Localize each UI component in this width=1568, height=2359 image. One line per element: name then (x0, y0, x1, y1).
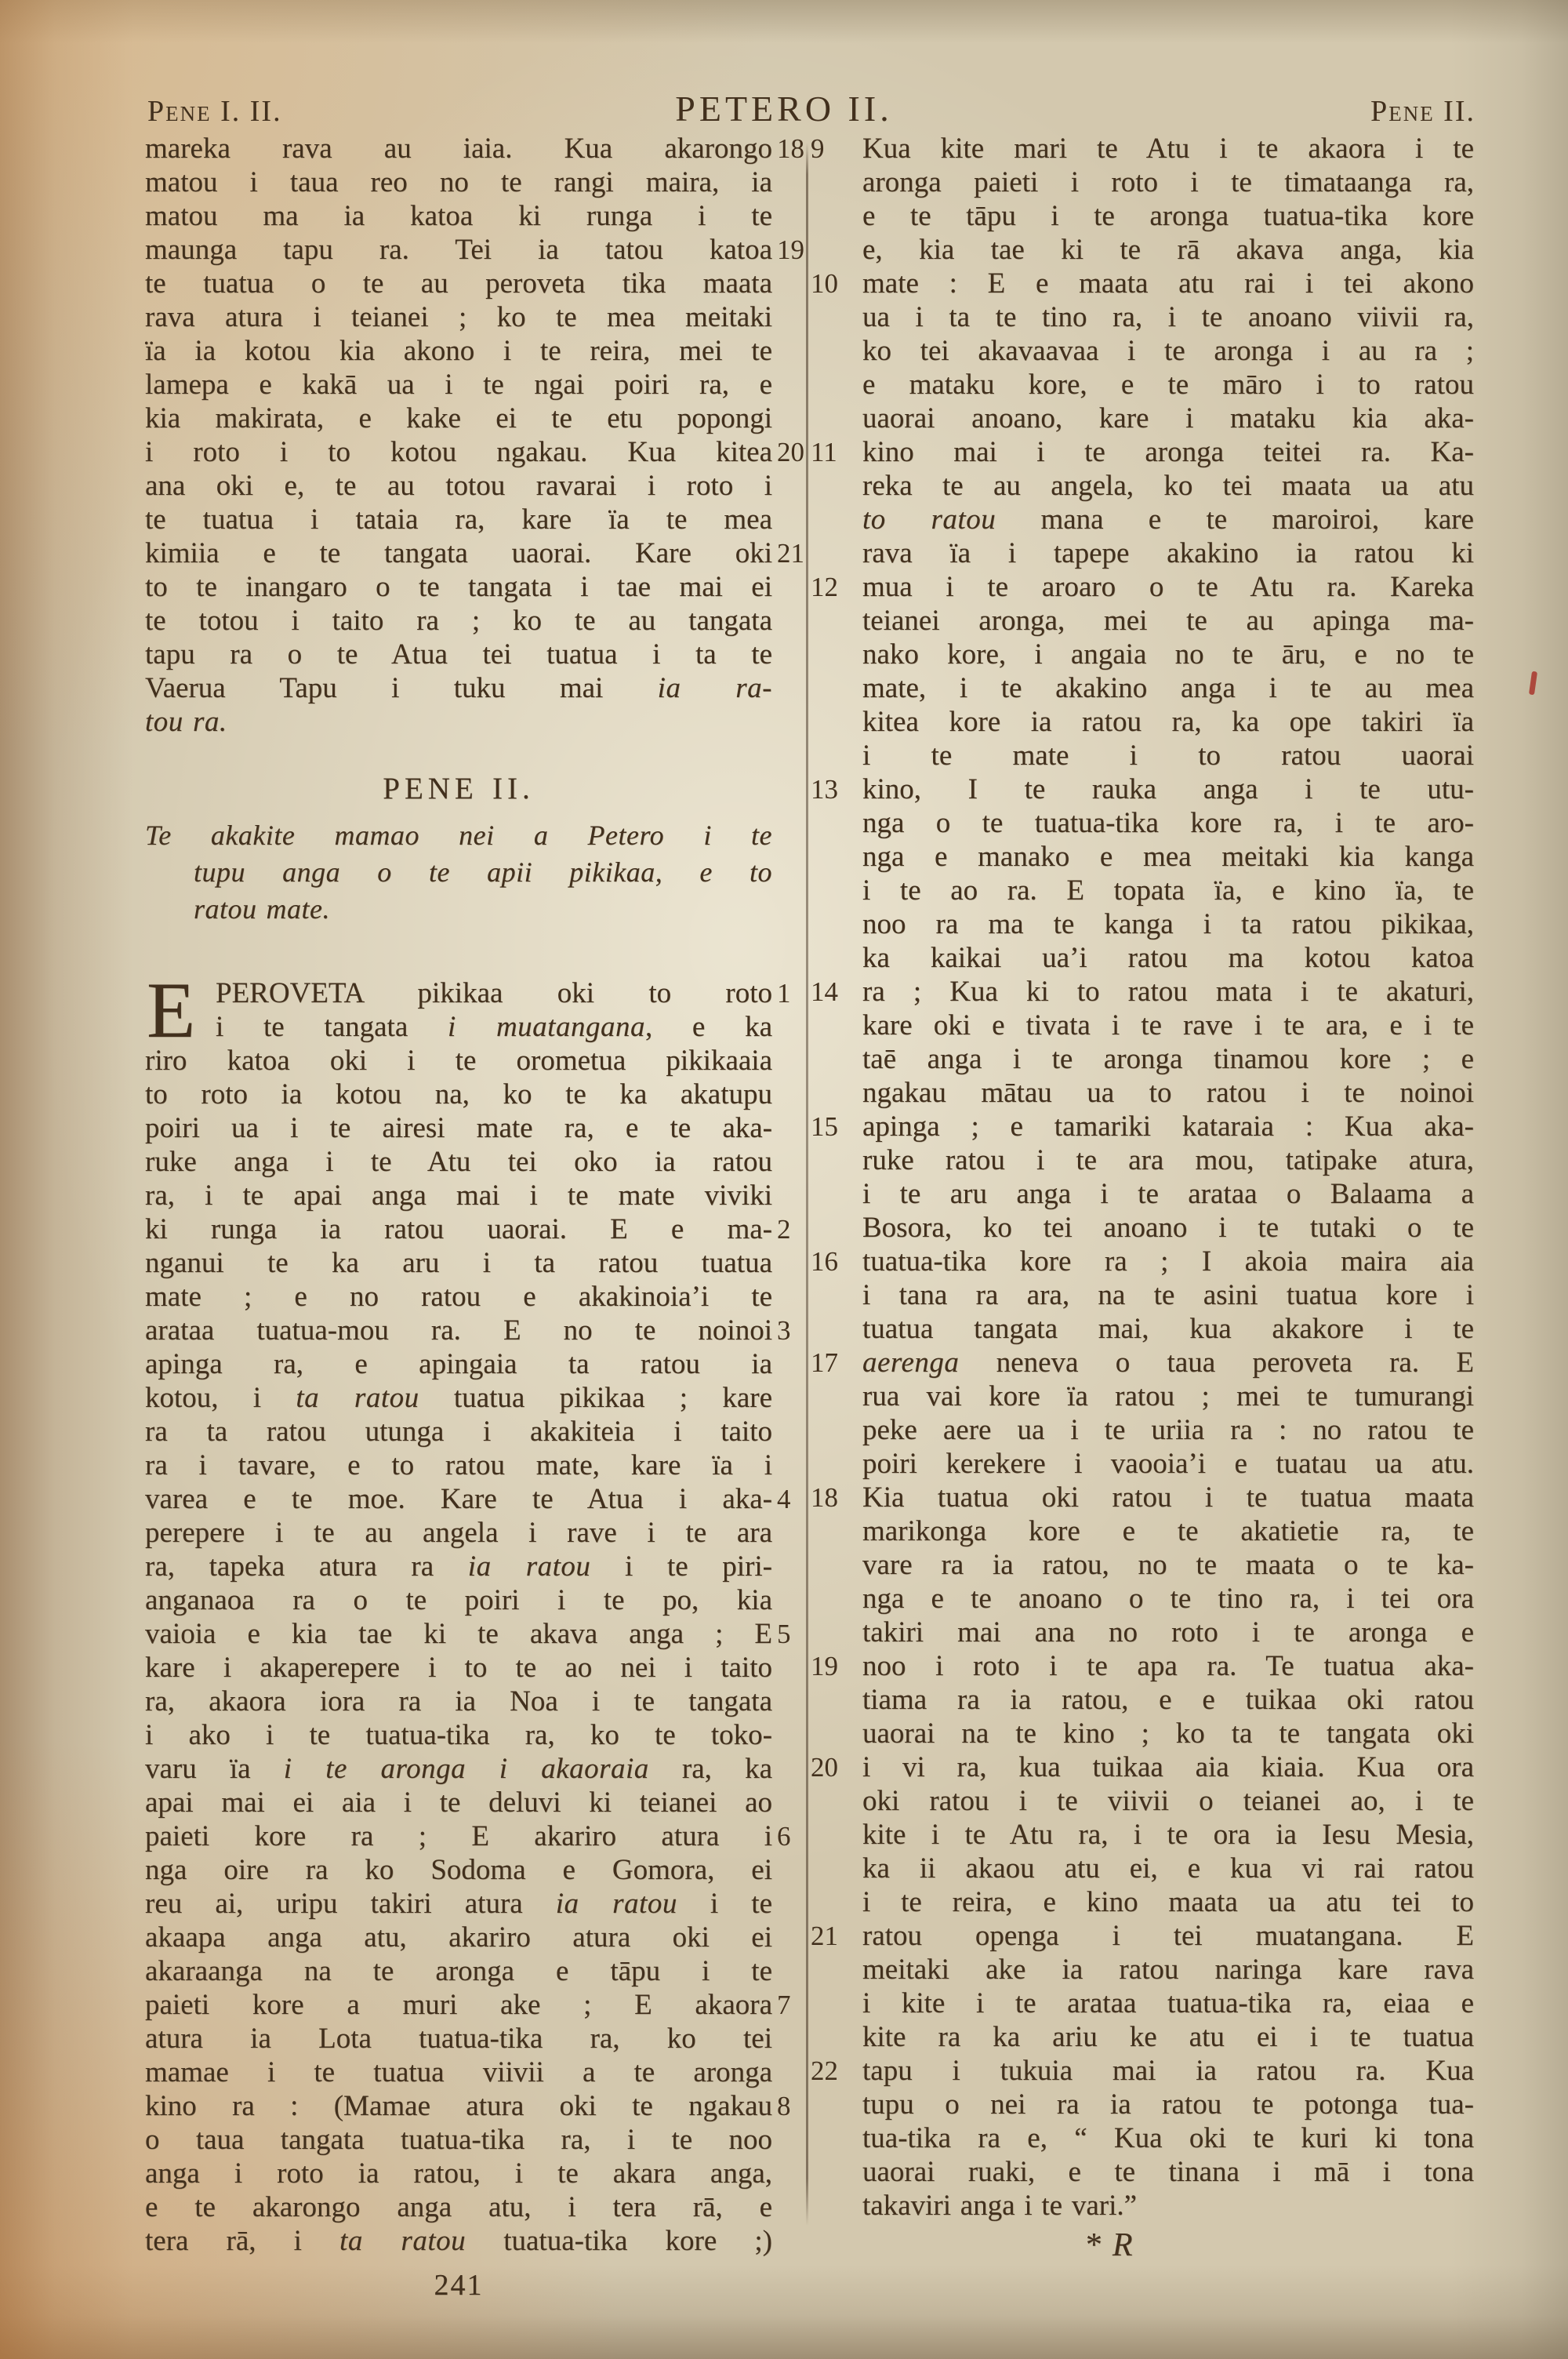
text-run: ratou openga i tei muatangana. E (862, 1920, 1474, 1952)
text-line: kitea kore ia ratou ra, ka ope takiri ïa (862, 705, 1474, 739)
text-run: tiama ra ia ratou, e e tuikaa oki ratou (862, 1684, 1474, 1716)
text-run: mua i te aroaro o te Atu ra. Kareka (862, 571, 1474, 603)
text-line: i te tangata i muatangana, e ka (145, 1010, 772, 1044)
text-run: i te aru anga i te arataa o Balaama a (862, 1178, 1474, 1210)
text-run: mamae i te tuatua viivii a te aronga (145, 2056, 772, 2088)
text-run: kino ra : (Mamae atura oki te ngakau (145, 2090, 772, 2122)
text-line: anganaoa ra o te poiri i te po, kia (145, 1583, 772, 1617)
text-run: poiri ua i te airesi mate ra, e te aka- (145, 1112, 772, 1144)
verse-number: 18 (777, 132, 811, 165)
text-run: tuatua pikikaa ; kare (419, 1382, 772, 1414)
text-run: , e ka (645, 1011, 772, 1043)
text-line: mareka rava au iaia. Kua akarongo18 (145, 132, 772, 165)
italic-text-run: i te aronga i akaoraia (284, 1753, 649, 1785)
text-line: ra i tavare, e to ratou mate, kare ïa i (145, 1448, 772, 1482)
text-run: taē anga i te aronga tinamou kore ; e (862, 1043, 1474, 1075)
text-run: apinga ra, e apingaia ta ratou ia (145, 1348, 772, 1380)
text-line: ratou mate. (145, 891, 772, 928)
text-run: anganaoa ra o te poiri i te po, kia (145, 1584, 772, 1616)
text-run: mate : E e maata atu rai i tei akono (862, 267, 1474, 300)
text-line: i te reira, e kino maata ua atu tei to (862, 1885, 1474, 1919)
text-run: rava atura i teianei ; ko te mea meitaki (145, 301, 772, 333)
verse-number: 21 (777, 536, 811, 570)
text-run: o taua tangata tuatua-tika ra, i te noo (145, 2124, 772, 2156)
text-run: uaorai na te kino ; ko ta te tangata oki (862, 1717, 1474, 1750)
left-column-verses-18-21: mareka rava au iaia. Kua akarongo18matou… (145, 132, 772, 739)
text-line: matou ma ia katoa ki runga i te (145, 199, 772, 233)
text-line: i te ao ra. E topata ïa, e kino ïa, te (862, 874, 1474, 907)
text-run: varu ïa (145, 1753, 284, 1785)
book-page-photo: Pene I. II. PETERO II. Pene II. mareka r… (0, 0, 1568, 2359)
text-line: matou i taua reo no te rangi maira, ia (145, 165, 772, 199)
text-line: ra, i te apai anga mai i te mate viviki (145, 1179, 772, 1212)
page-number: 241 (145, 2269, 772, 2303)
text-line: kimiia e te tangata uaorai. Kare oki21 (145, 536, 772, 570)
text-run: ngakau mātau ua to ratou i te noinoi (862, 1077, 1474, 1109)
text-run: kino, I te rauka anga i te utu- (862, 773, 1474, 805)
text-line: o taua tangata tuatua-tika ra, i te noo (145, 2123, 772, 2157)
text-run: i ako i te tuatua-tika ra, ko te toko- (145, 1719, 772, 1751)
text-run: mareka rava au iaia. Kua akarongo (145, 133, 772, 165)
text-run: e te akarongo anga atu, i tera rā, e (145, 2191, 772, 2223)
text-run: Bosora, ko tei anoano i te tutaki o te (862, 1212, 1474, 1244)
text-line: akaraanga na te aronga e tāpu i te (145, 1954, 772, 1988)
text-run: ra i tavare, e to ratou mate, kare ïa i (145, 1449, 772, 1481)
text-run: i te reira, e kino maata ua atu tei to (862, 1886, 1474, 1918)
text-line: nga oire ra ko Sodoma e Gomora, ei (145, 1853, 772, 1887)
text-run: perepere i te au angela i rave i te ara (145, 1517, 772, 1549)
text-run: teianei aronga, mei te au apinga ma- (862, 605, 1474, 637)
italic-text-run: ia ra- (658, 672, 772, 704)
text-run: vare ra ia ratou, no te maata o te ka- (862, 1549, 1474, 1581)
text-run: oki ratou i te viivii o teianei ao, i te (862, 1785, 1474, 1817)
text-line: taē anga i te aronga tinamou kore ; e (862, 1042, 1474, 1076)
text-line: tou ra. (145, 705, 772, 739)
text-line: kino mai i te aronga teitei ra. Ka-11 (862, 435, 1474, 469)
text-line: perepere i te au angela i rave i te ara (145, 1516, 772, 1550)
text-line: kite ra ka ariu ke atu ei i te tuatua (862, 2020, 1474, 2054)
text-line: te tuatua i tataia ra, kare ïa te mea (145, 503, 772, 536)
text-line: apinga ; e tamariki kataraia : Kua aka-1… (862, 1110, 1474, 1143)
italic-text-run: to ratou (862, 503, 996, 536)
text-line: tuatua tangata mai, kua akakore i te (862, 1312, 1474, 1346)
text-run: te tuatua o te au peroveta tika maata (145, 267, 772, 300)
text-line: vare ra ia ratou, no te maata o te ka- (862, 1548, 1474, 1582)
text-run: to roto ia kotou na, ko te ka akatupu (145, 1078, 772, 1110)
text-line: to roto ia kotou na, ko te ka akatupu (145, 1078, 772, 1111)
chapter-heading: PENE II. (145, 769, 772, 809)
text-line: i kite i te arataa tuatua-tika ra, eiaa … (862, 1986, 1474, 2020)
text-line: ana oki e, te au totou ravarai i roto i (145, 469, 772, 503)
text-run: ra, tapeka atura ra (145, 1550, 468, 1583)
text-run: vaioia e kia tae ki te akava anga ; E (145, 1618, 772, 1650)
text-run: peke aere ua i te uriia ra : no ratou te (862, 1414, 1474, 1446)
text-run: ana oki e, te au totou ravarai i roto i (145, 470, 772, 502)
italic-text-run: tupu anga o te apii pikikaa, e to (194, 856, 772, 888)
text-line: mate ; e no ratou e akakinoia’i te (145, 1280, 772, 1314)
text-line: to te inangaro o te tangata i tae mai ei (145, 570, 772, 604)
text-run: ra, ka (649, 1753, 772, 1785)
text-line: nako kore, i angaia no te āru, e no te (862, 638, 1474, 671)
text-line: i te aru anga i te arataa o Balaama a (862, 1177, 1474, 1211)
text-run: e te tāpu i te aronga tuatua-tika kore (862, 200, 1474, 232)
text-line: tera rā, i ta ratou tuatua-tika kore ;) (145, 2224, 772, 2258)
text-line: e te akarongo anga atu, i tera rā, e (145, 2190, 772, 2224)
verse-number: 17 (811, 1346, 856, 1379)
text-run: ruke anga i te Atu tei oko ia ratou (145, 1146, 772, 1178)
verse-number: 19 (777, 233, 811, 267)
text-run: i vi ra, kua tuikaa aia kiaia. Kua ora (862, 1751, 1474, 1783)
text-run: i kite i te arataa tuatua-tika ra, eiaa … (862, 1987, 1474, 2019)
text-line: tupu anga o te apii pikikaa, e to (145, 854, 772, 891)
verse-number: 20 (777, 435, 811, 469)
text-run: takiri mai ana no roto i te aronga e (862, 1616, 1474, 1648)
text-line: vaioia e kia tae ki te akava anga ; E5 (145, 1617, 772, 1651)
text-line: takaviri anga i te vari.” (862, 2189, 1474, 2223)
text-run: anga i roto ia ratou, i te akara anga, (145, 2157, 772, 2190)
text-line: nga o te tuatua-tika kore ra, i te aro- (862, 806, 1474, 840)
text-line: to ratou mana e te maroiroi, kare (862, 503, 1474, 536)
text-run: ko tei akavaavaa i te aronga i au ra ; (862, 335, 1474, 367)
text-line: rava atura i teianei ; ko te mea meitaki (145, 300, 772, 334)
text-run: Vaerua Tapu i tuku mai (145, 672, 658, 704)
text-run: tapu ra o te Atua tei tuatua i ta te (145, 638, 772, 671)
text-line: ra, tapeka atura ra ia ratou i te piri- (145, 1550, 772, 1583)
verse-number: 11 (811, 435, 856, 469)
text-line: tua-tika ra e, “ Kua oki te kuri ki tona (862, 2121, 1474, 2155)
text-line: i vi ra, kua tuikaa aia kiaia. Kua ora20 (862, 1750, 1474, 1784)
text-line: kare oki e tivata i te rave i te ara, e … (862, 1009, 1474, 1042)
verse-number: 16 (811, 1245, 856, 1278)
text-run: uaorai ruaki, e te tinana i mā i tona (862, 2156, 1474, 2188)
header-right-chapter: Pene II. (1370, 94, 1475, 129)
verse-number: 14 (811, 975, 856, 1009)
text-line: rua vai kore ïa ratou ; mei te tumurangi (862, 1379, 1474, 1413)
text-line: meitaki ake ia ratou naringa kare rava (862, 1953, 1474, 1986)
text-run: i te tangata (216, 1011, 448, 1043)
text-line: i tana ra ara, na te asini tuatua kore i (862, 1278, 1474, 1312)
text-run: i te (677, 1888, 772, 1920)
text-run: to te inangaro o te tangata i tae mai ei (145, 571, 772, 603)
text-run: atura ia Lota tuatua-tika ra, ko tei (145, 2023, 772, 2055)
text-run: apai mai ei aia i te deluvi ki teianei a… (145, 1787, 772, 1819)
text-line: noo i roto i te apa ra. Te tuatua aka-19 (862, 1649, 1474, 1683)
text-run: matou ma ia katoa ki runga i te (145, 200, 772, 232)
text-line: tuatua-tika kore ra ; I akoia maira aia1… (862, 1245, 1474, 1278)
text-line: oki ratou i te viivii o teianei ao, i te (862, 1784, 1474, 1818)
verse-number: 5 (777, 1617, 811, 1651)
text-run: kimiia e te tangata uaorai. Kare oki (145, 537, 772, 569)
text-line: riro katoa oki i te orometua pikikaaia (145, 1044, 772, 1078)
text-run: te tuatua i tataia ra, kare ïa te mea (145, 503, 772, 536)
text-line: e, kia tae ki te rā akava anga, kia (862, 233, 1474, 267)
text-run: ua i ta te tino ra, i te anoano viivii r… (862, 301, 1474, 333)
text-run: kite i te Atu ra, i te ora ia Iesu Mesia… (862, 1819, 1474, 1851)
text-line: tupu o nei ra ia ratou te potonga tua- (862, 2088, 1474, 2121)
text-run: ra ta ratou utunga i akakiteia i taito (145, 1416, 772, 1448)
text-run: ruke ratou i te ara mou, tatipake atura, (862, 1144, 1474, 1176)
text-line: kino ra : (Mamae atura oki te ngakau8 (145, 2089, 772, 2123)
text-run: reu ai, uripu takiri atura (145, 1888, 556, 1920)
text-run: kare i akaperepere i to te ao nei i tait… (145, 1652, 772, 1684)
text-run: e mataku kore, e te māro i to ratou (862, 369, 1474, 401)
text-line: e mataku kore, e te māro i to ratou (862, 368, 1474, 402)
text-line: uaorai anoano, kare i mataku kia aka- (862, 402, 1474, 435)
text-line: ua i ta te tino ra, i te anoano viivii r… (862, 300, 1474, 334)
right-column: Kua kite mari te Atu i te akaora i te9ar… (862, 132, 1474, 2263)
text-line: anga i roto ia ratou, i te akara anga, (145, 2157, 772, 2190)
italic-text-run: ia ratou (556, 1888, 677, 1920)
text-run: arataa tuatua-mou ra. E no te noinoi (145, 1314, 772, 1347)
text-line: rava ïa i tapepe akakino ia ratou ki (862, 536, 1474, 570)
text-line: kare i akaperepere i to te ao nei i tait… (145, 1651, 772, 1685)
text-run: tuatua-tika kore ra ; I akoia maira aia (862, 1245, 1474, 1278)
text-run: kia makirata, e kake ei te etu popongi (145, 402, 772, 434)
text-run: rua vai kore ïa ratou ; mei te tumurangi (862, 1380, 1474, 1412)
text-run: Kia tuatua oki ratou i te tuatua maata (862, 1481, 1474, 1514)
verse-number: 13 (811, 772, 856, 806)
text-line: ka kaikai ua’i ratou ma kotou katoa (862, 941, 1474, 975)
text-line: nga e te anoano o te tino ra, i tei ora (862, 1582, 1474, 1616)
text-run: ka ii akaou atu ei, e kua vi rai ratou (862, 1852, 1474, 1885)
italic-text-run: Te akakite mamao nei a Petero i te (145, 820, 772, 851)
text-run: tuatua tangata mai, kua akakore i te (862, 1313, 1474, 1345)
italic-text-run: ratou mate. (194, 893, 330, 925)
text-run: nga e te anoano o te tino ra, i tei ora (862, 1583, 1474, 1615)
text-line: takiri mai ana no roto i te aronga e (862, 1616, 1474, 1649)
text-line: peke aere ua i te uriia ra : no ratou te (862, 1413, 1474, 1447)
text-line: atura ia Lota tuatua-tika ra, ko tei (145, 2022, 772, 2055)
verse-number: 20 (811, 1750, 856, 1784)
verse-number: 3 (777, 1314, 811, 1347)
text-line: e te tāpu i te aronga tuatua-tika kore (862, 199, 1474, 233)
text-line: te tuatua o te au peroveta tika maata (145, 267, 772, 300)
text-line: PEROVETA pikikaa oki to roto1E (145, 976, 772, 1010)
text-line: akaapa anga atu, akariro atura oki ei (145, 1921, 772, 1954)
text-line: Kia tuatua oki ratou i te tuatua maata18 (862, 1481, 1474, 1514)
text-run: matou i taua reo no te rangi maira, ia (145, 166, 772, 198)
text-line: marikonga kore e te akatietie ra, te (862, 1514, 1474, 1548)
text-run: * (1086, 2227, 1112, 2263)
italic-text-run: tou ra. (145, 706, 227, 738)
text-line: tiama ra ia ratou, e e tuikaa oki ratou (862, 1683, 1474, 1717)
text-run: marikonga kore e te akatietie ra, te (862, 1515, 1474, 1547)
text-line: i te mate i to ratou uaorai (862, 739, 1474, 772)
text-run: tupu o nei ra ia ratou te potonga tua- (862, 2088, 1474, 2121)
text-run: tua-tika ra e, “ Kua oki te kuri ki tona (862, 2122, 1474, 2154)
text-line: poiri ua i te airesi mate ra, e te aka- (145, 1111, 772, 1145)
text-run: PEROVETA pikikaa oki to roto (216, 977, 772, 1009)
text-line: tapu ra o te Atua tei tuatua i ta te (145, 638, 772, 671)
text-run: i te piri- (590, 1550, 772, 1583)
text-line: ra ta ratou utunga i akakiteia i taito (145, 1415, 772, 1448)
text-run: nganui te ka aru i ta ratou tuatua (145, 1247, 772, 1279)
text-run: te totou i taito ra ; ko te au tangata (145, 605, 772, 637)
verse-number: 9 (811, 132, 856, 165)
text-line: i ako i te tuatua-tika ra, ko te toko- (145, 1718, 772, 1752)
text-run: apinga ; e tamariki kataraia : Kua aka- (862, 1110, 1474, 1143)
verse-number: 18 (811, 1481, 856, 1514)
text-line: paieti kore a muri ake ; E akaora7 (145, 1988, 772, 2022)
verse-number: 15 (811, 1110, 856, 1143)
text-line: maunga tapu ra. Tei ia tatou katoa19 (145, 233, 772, 267)
text-run: kitea kore ia ratou ra, ka ope takiri ïa (862, 706, 1474, 738)
verse-number: 8 (777, 2089, 811, 2123)
verse-number: 2 (777, 1212, 811, 1246)
text-run: aronga paieti i roto i te timataanga ra, (862, 166, 1474, 198)
verse-number: 4 (777, 1482, 811, 1516)
text-line: lamepa e kakā ua i te ngai poiri ra, e (145, 368, 772, 402)
text-run: Kua kite mari te Atu i te akaora i te (862, 133, 1474, 165)
text-line: poiri kerekere i vaooia’i e tuatau ua at… (862, 1447, 1474, 1481)
text-run: tera rā, i (145, 2225, 339, 2257)
text-line: nganui te ka aru i ta ratou tuatua (145, 1246, 772, 1280)
text-run: nga o te tuatua-tika kore ra, i te aro- (862, 807, 1474, 839)
text-line: Vaerua Tapu i tuku mai ia ra- (145, 671, 772, 705)
text-line: kia makirata, e kake ei te etu popongi (145, 402, 772, 435)
right-column-verses-9-22: Kua kite mari te Atu i te akaora i te9ar… (862, 132, 1474, 2223)
text-line: * R (862, 2229, 1474, 2263)
text-line: ra ; Kua ki to ratou mata i te akaturi,1… (862, 975, 1474, 1009)
text-run: i roto i to kotou ngakau. Kua kitea (145, 436, 772, 468)
text-run: ïa ia kotou kia akono i te reira, mei te (145, 335, 772, 367)
text-line: arataa tuatua-mou ra. E no te noinoi3 (145, 1314, 772, 1347)
text-run: ra, akaora iora ra ia Noa i te tangata (145, 1685, 772, 1717)
text-line: mua i te aroaro o te Atu ra. Kareka12 (862, 570, 1474, 604)
text-line: ïa ia kotou kia akono i te reira, mei te (145, 334, 772, 368)
printers-signature-mark: * R (862, 2229, 1474, 2263)
text-line: ki runga ia ratou uaorai. E e ma-2 (145, 1212, 772, 1246)
text-run: nako kore, i angaia no te āru, e no te (862, 638, 1474, 671)
text-line: apinga ra, e apingaia ta ratou ia (145, 1347, 772, 1381)
text-run: i te mate i to ratou uaorai (862, 740, 1474, 772)
text-line: Kua kite mari te Atu i te akaora i te9 (862, 132, 1474, 165)
text-line: kotou, i ta ratou tuatua pikikaa ; kare (145, 1381, 772, 1415)
text-run: e, kia tae ki te rā akava anga, kia (862, 234, 1474, 266)
text-run: tapu i tukuia mai ia ratou ra. Kua (862, 2055, 1474, 2087)
italic-text-run: i muatangana (448, 1011, 645, 1043)
text-run: paieti kore a muri ake ; E akaora (145, 1989, 772, 2021)
text-line: ruke anga i te Atu tei oko ia ratou (145, 1145, 772, 1179)
text-run: riro katoa oki i te orometua pikikaaia (145, 1045, 772, 1077)
text-line: ngakau mātau ua to ratou i te noinoi (862, 1076, 1474, 1110)
text-run: ka kaikai ua’i ratou ma kotou katoa (862, 942, 1474, 974)
text-run: nga oire ra ko Sodoma e Gomora, ei (145, 1854, 772, 1886)
text-line: mate : E e maata atu rai i tei akono10 (862, 267, 1474, 300)
text-run: maunga tapu ra. Tei ia tatou katoa (145, 234, 772, 266)
text-run: mate ; e no ratou e akakinoia’i te (145, 1281, 772, 1313)
text-line: mate, i te akakino anga i te au mea (862, 671, 1474, 705)
text-line: uaorai na te kino ; ko ta te tangata oki (862, 1717, 1474, 1750)
text-run: i te ao ra. E topata ïa, e kino ïa, te (862, 874, 1474, 907)
text-line: kite i te Atu ra, i te ora ia Iesu Mesia… (862, 1818, 1474, 1852)
text-run: varea e te moe. Kare te Atua i aka- (145, 1483, 772, 1515)
text-run: mana e te maroiroi, kare (996, 503, 1474, 536)
text-line: teianei aronga, mei te au apinga ma- (862, 604, 1474, 638)
text-line: apai mai ei aia i te deluvi ki teianei a… (145, 1786, 772, 1819)
verse-number: 1 (777, 976, 811, 1010)
text-run: neneva o taua peroveta ra. E (959, 1347, 1474, 1379)
verse-number: 22 (811, 2054, 856, 2088)
verse-number: 6 (777, 1819, 811, 1853)
verse-number: 19 (811, 1649, 856, 1683)
text-line: ka ii akaou atu ei, e kua vi rai ratou (862, 1852, 1474, 1885)
text-line: mamae i te tuatua viivii a te aronga (145, 2055, 772, 2089)
text-run: reka te au angela, ko tei maata ua atu (862, 470, 1474, 502)
text-line: ratou openga i tei muatangana. E21 (862, 1919, 1474, 1953)
text-run: paieti kore ra ; E akariro atura i (145, 1820, 772, 1852)
text-run: mate, i te akakino anga i te au mea (862, 672, 1474, 704)
text-line: ko tei akavaavaa i te aronga i au ra ; (862, 334, 1474, 368)
text-run: ra ; Kua ki to ratou mata i te akaturi, (862, 976, 1474, 1008)
verse-number: 21 (811, 1919, 856, 1953)
verse-number: 12 (811, 570, 856, 604)
text-line: tapu i tukuia mai ia ratou ra. Kua22 (862, 2054, 1474, 2088)
text-run: kare oki e tivata i te rave i te ara, e … (862, 1009, 1474, 1041)
text-line: nga e manako e mea meitaki kia kanga (862, 840, 1474, 874)
text-line: aronga paieti i roto i te timataanga ra, (862, 165, 1474, 199)
text-line: reka te au angela, ko tei maata ua atu (862, 469, 1474, 503)
text-run: lamepa e kakā ua i te ngai poiri ra, e (145, 369, 772, 401)
verse-number: 7 (777, 1988, 811, 2022)
text-run: nga e manako e mea meitaki kia kanga (862, 841, 1474, 873)
text-line: reu ai, uripu takiri atura ia ratou i te (145, 1887, 772, 1921)
text-run: tuatua-tika kore ;) (466, 2225, 772, 2257)
text-run: noo i roto i te apa ra. Te tuatua aka- (862, 1650, 1474, 1682)
text-run: ki runga ia ratou uaorai. E e ma- (145, 1213, 772, 1245)
header-book-title: PETERO II. (0, 88, 1568, 129)
text-line: uaorai ruaki, e te tinana i mā i tona (862, 2155, 1474, 2189)
left-column-verses-1-8: PEROVETA pikikaa oki to roto1Ei te tanga… (145, 976, 772, 2258)
chapter-summary: Te akakite mamao nei a Petero i tetupu a… (145, 817, 772, 928)
page-edge-red-mark (1529, 671, 1537, 696)
italic-text-run: aerenga (862, 1347, 959, 1379)
text-run: meitaki ake ia ratou naringa kare rava (862, 1954, 1474, 1986)
text-run: kite ra ka ariu ke atu ei i te tuatua (862, 2021, 1474, 2053)
text-run: kino mai i te aronga teitei ra. Ka- (862, 436, 1474, 468)
italic-text-run: ta ratou (339, 2225, 466, 2257)
verse-number: 10 (811, 267, 856, 300)
italic-text-run: R (1112, 2227, 1133, 2263)
text-run: kotou, i (145, 1382, 296, 1414)
text-run: akaapa anga atu, akariro atura oki ei (145, 1921, 772, 1954)
text-line: Te akakite mamao nei a Petero i te (145, 817, 772, 854)
text-run: rava ïa i tapepe akakino ia ratou ki (862, 537, 1474, 569)
left-column: mareka rava au iaia. Kua akarongo18matou… (145, 132, 772, 2303)
text-line: aerenga neneva o taua peroveta ra. E17 (862, 1346, 1474, 1379)
text-run: akaraanga na te aronga e tāpu i te (145, 1955, 772, 1987)
text-run: i tana ra ara, na te asini tuatua kore i (862, 1279, 1474, 1311)
text-line: varea e te moe. Kare te Atua i aka-4 (145, 1482, 772, 1516)
text-line: paieti kore ra ; E akariro atura i6 (145, 1819, 772, 1853)
text-run: takaviri anga i te vari.” (862, 2190, 1137, 2222)
text-line: te totou i taito ra ; ko te au tangata (145, 604, 772, 638)
text-line: kino, I te rauka anga i te utu-13 (862, 772, 1474, 806)
text-line: varu ïa i te aronga i akaoraia ra, ka (145, 1752, 772, 1786)
text-line: i roto i to kotou ngakau. Kua kitea20 (145, 435, 772, 469)
text-line: noo ra ma te kanga i ta ratou pikikaa, (862, 907, 1474, 941)
text-run: uaorai anoano, kare i mataku kia aka- (862, 402, 1474, 434)
text-line: ruke ratou i te ara mou, tatipake atura, (862, 1143, 1474, 1177)
text-run: poiri kerekere i vaooia’i e tuatau ua at… (862, 1448, 1474, 1480)
italic-text-run: ia ratou (468, 1550, 591, 1583)
text-line: Bosora, ko tei anoano i te tutaki o te (862, 1211, 1474, 1245)
text-line: ra, akaora iora ra ia Noa i te tangata (145, 1685, 772, 1718)
text-run: ra, i te apai anga mai i te mate viviki (145, 1179, 772, 1212)
text-run: noo ra ma te kanga i ta ratou pikikaa, (862, 908, 1474, 940)
italic-text-run: ta ratou (296, 1382, 419, 1414)
